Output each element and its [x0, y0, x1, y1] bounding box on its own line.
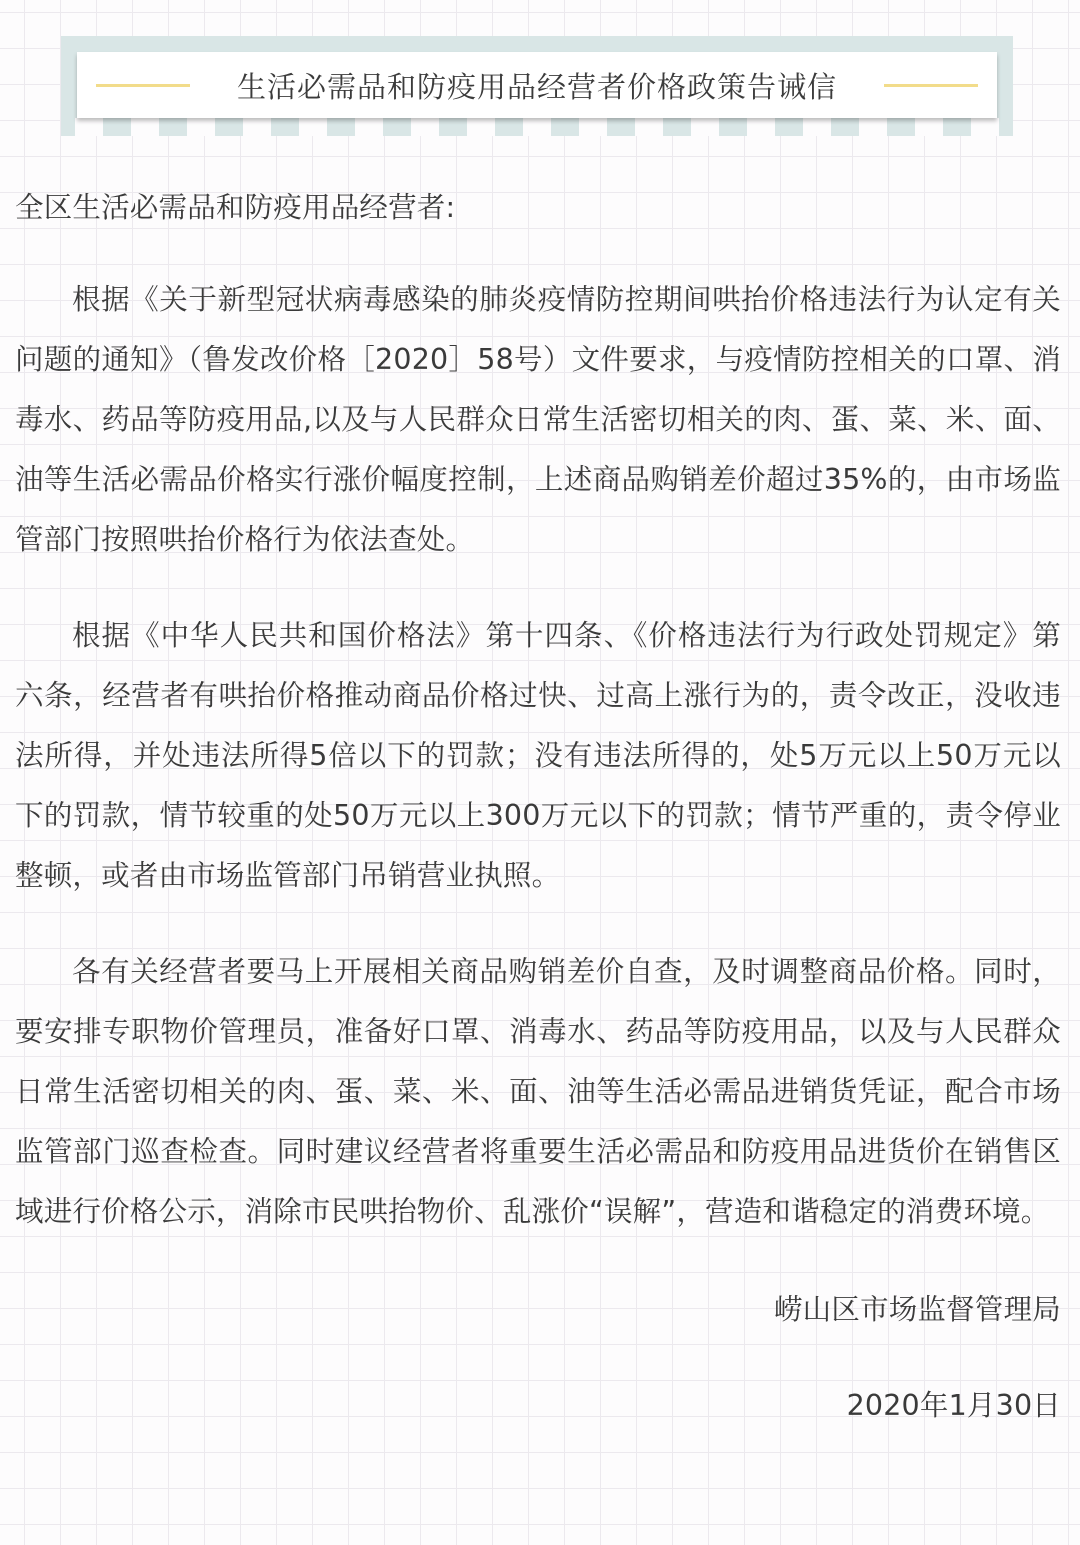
letter-paragraph-3: 各有关经营者要马上开展相关商品购销差价自查，及时调整商品价格。同时，要安排专职物…	[15, 942, 1061, 1242]
letter-body: 全区生活必需品和防疫用品经营者: 根据《关于新型冠状病毒感染的肺炎疫情防控期间哄…	[15, 178, 1061, 1436]
decorative-line-right	[884, 84, 978, 87]
page-title: 生活必需品和防疫用品经营者价格政策告诫信	[237, 65, 837, 106]
letter-signature: 崂山区市场监督管理局	[15, 1280, 1061, 1340]
header-notch-decoration	[61, 118, 1013, 136]
header-banner: 生活必需品和防疫用品经营者价格政策告诫信	[77, 52, 997, 118]
decorative-line-left	[96, 84, 190, 87]
letter-date: 2020年1月30日	[15, 1376, 1061, 1436]
letter-paragraph-1: 根据《关于新型冠状病毒感染的肺炎疫情防控期间哄抬价格违法行为认定有关问题的通知》…	[15, 270, 1061, 570]
letter-salutation: 全区生活必需品和防疫用品经营者:	[15, 178, 1061, 238]
letter-paragraph-2: 根据《中华人民共和国价格法》第十四条、《价格违法行为行政处罚规定》第六条，经营者…	[15, 606, 1061, 906]
